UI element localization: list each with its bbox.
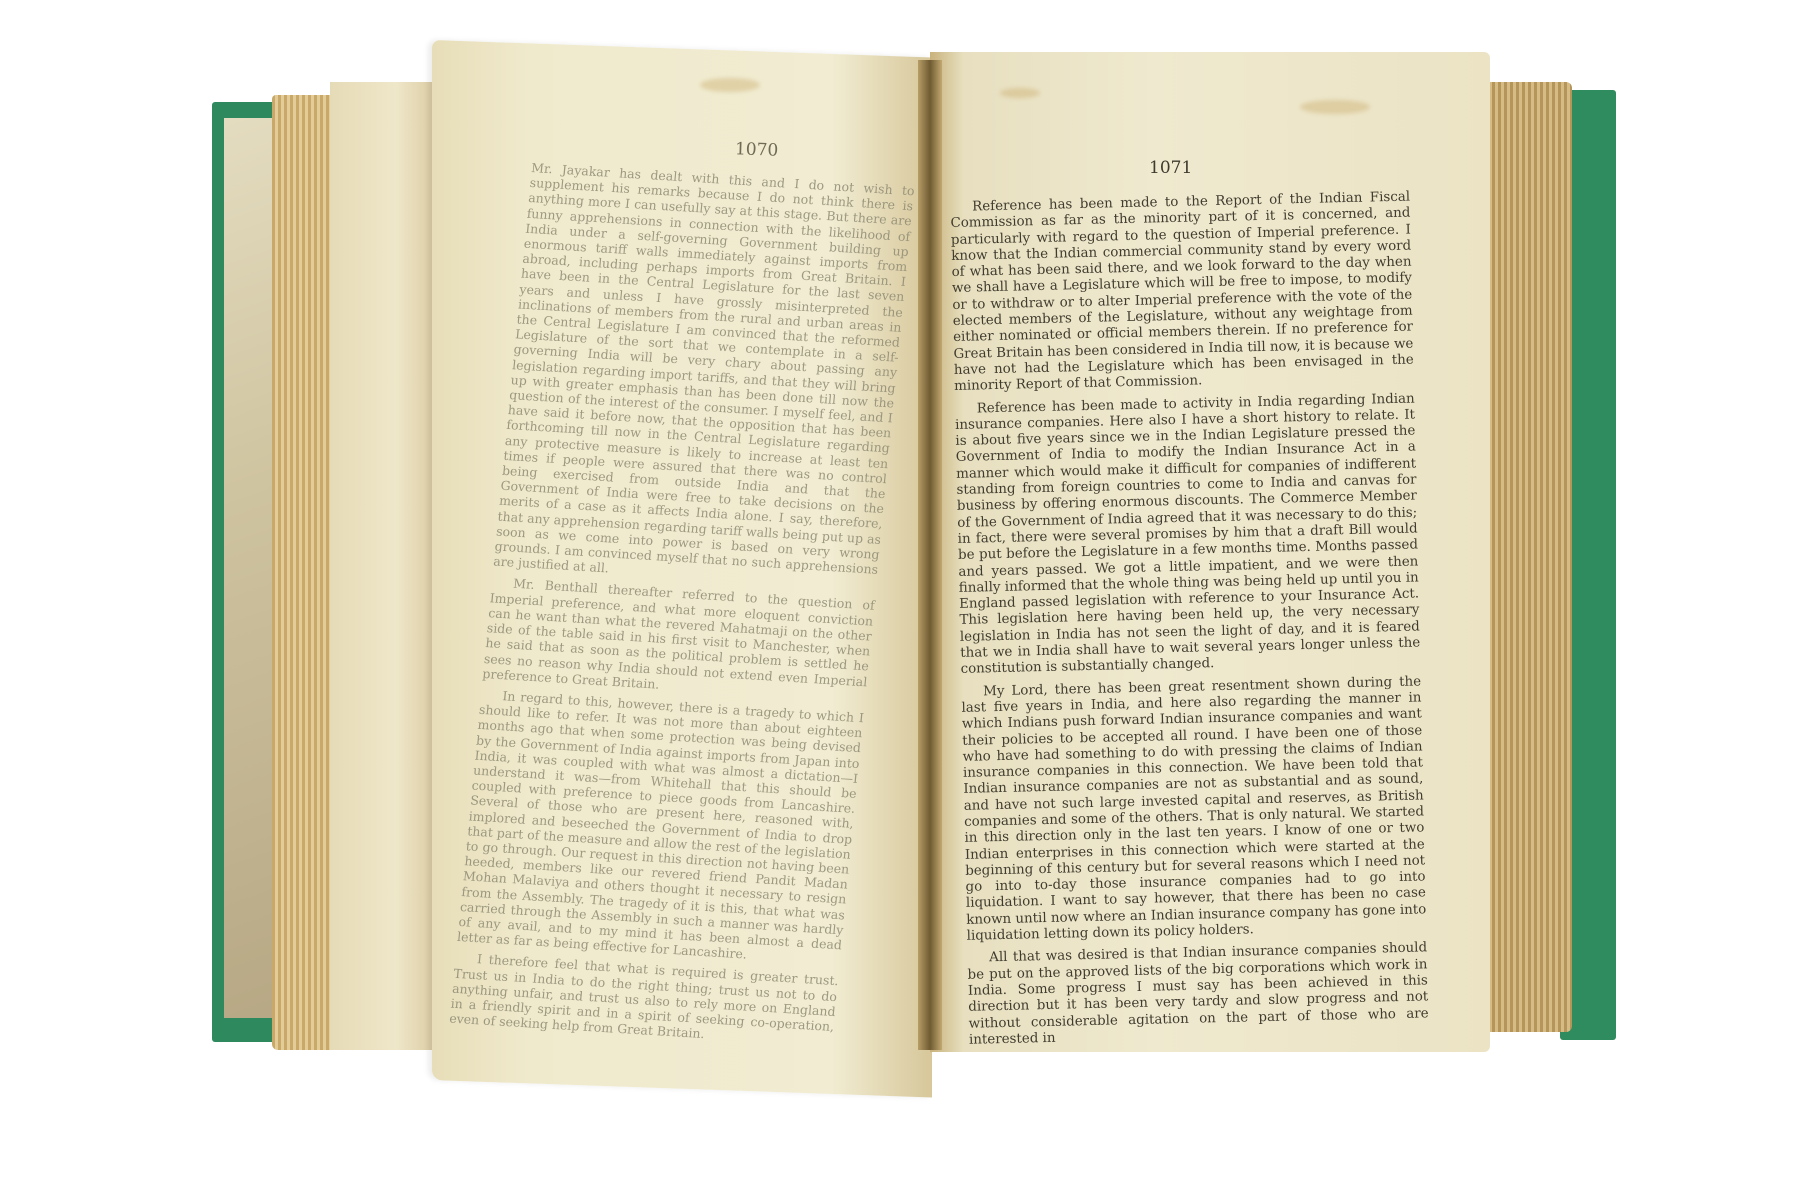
paragraph: Mr. Benthall thereafter referred to the … bbox=[482, 575, 875, 704]
paragraph: In regard to this, however, there is a t… bbox=[456, 687, 864, 968]
paragraph: My Lord, there has been great resentment… bbox=[961, 674, 1427, 945]
page-number-right: 1071 bbox=[1149, 158, 1192, 178]
page-number-left: 1070 bbox=[735, 139, 779, 160]
foxing-stain bbox=[1000, 88, 1040, 98]
paragraph: Reference has been made to the Report of… bbox=[950, 190, 1414, 396]
foxing-stain bbox=[700, 78, 760, 92]
page-stack-right bbox=[1480, 82, 1572, 1032]
paragraph: All that was desired is that Indian insu… bbox=[967, 941, 1429, 1049]
paragraph: I therefore feel that what is required i… bbox=[449, 950, 840, 1049]
right-page-text: Reference has been made to the Report of… bbox=[950, 190, 1429, 1055]
book-gutter bbox=[918, 60, 942, 1050]
paragraph: Mr. Jayakar has dealt with this and I do… bbox=[493, 160, 916, 592]
paragraph: Reference has been made to activity in I… bbox=[955, 391, 1421, 678]
foxing-stain bbox=[1300, 100, 1370, 114]
flyleaf-left bbox=[330, 82, 440, 1050]
